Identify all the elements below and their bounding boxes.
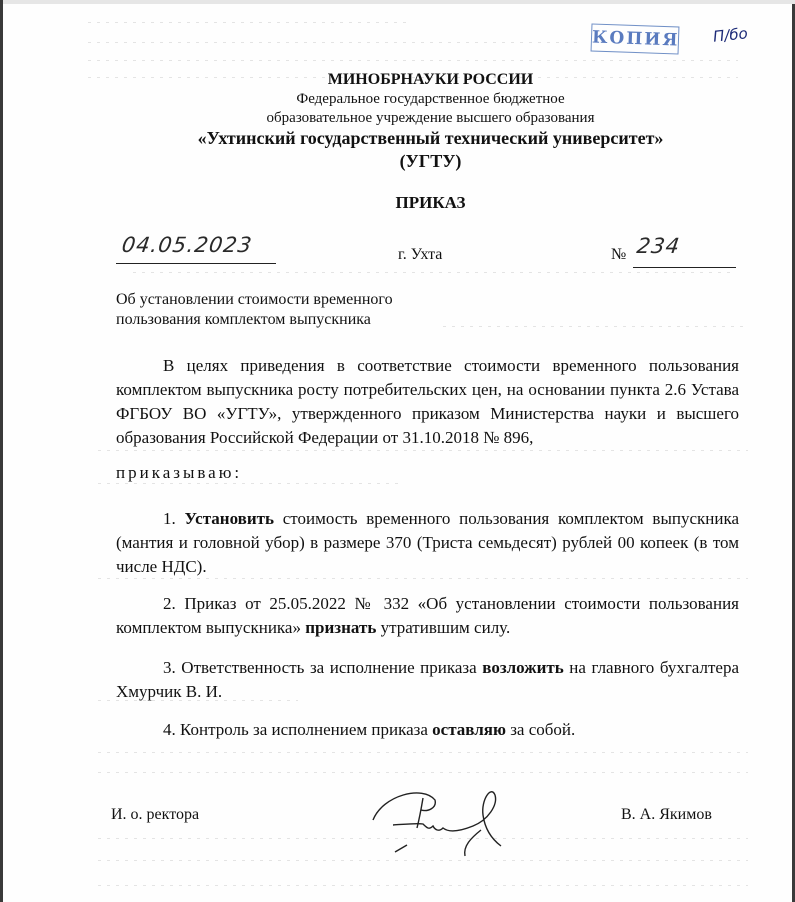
subject-line1: Об установлении стоимости временного <box>116 290 393 310</box>
order-item-3: 3. Ответственность за исполнение приказа… <box>116 656 739 704</box>
item-verb: Установить <box>185 509 274 528</box>
item-verb: возложить <box>482 658 563 677</box>
bleed-through <box>98 885 748 886</box>
item-text: Ответственность за исполнение приказа <box>181 658 476 677</box>
bleed-through <box>88 60 738 61</box>
bleed-through <box>88 42 578 43</box>
item-number: 1. <box>163 509 176 528</box>
item-verb: признать <box>305 618 376 637</box>
number-field: 234 <box>633 236 736 268</box>
item-text: утратившим силу. <box>381 618 511 637</box>
bleed-through <box>88 22 408 23</box>
ministry-title: МИНОБРНАУКИ РОССИИ <box>33 71 795 89</box>
bleed-through <box>98 860 748 861</box>
number-label: № <box>611 246 626 264</box>
item-number: 3. <box>163 658 176 677</box>
institution-type-line2: образовательное учреждение высшего образ… <box>33 110 795 127</box>
item-number: 2. <box>163 594 176 613</box>
order-item-1: 1. Установить стоимость временного польз… <box>116 507 739 579</box>
handwritten-signature <box>363 780 533 860</box>
city: г. Ухта <box>398 246 442 264</box>
university-abbreviation: (УГТУ) <box>33 151 795 172</box>
preamble-paragraph: В целях приведения в соответствие стоимо… <box>116 354 739 450</box>
bleed-through <box>98 752 748 753</box>
item-number: 4. <box>163 720 176 739</box>
document-type-title: ПРИКАЗ <box>33 193 795 213</box>
order-subject: Об установлении стоимости временного пол… <box>116 290 393 330</box>
university-name: «Ухтинский государственный технический у… <box>33 128 795 149</box>
signatory-role: И. о. ректора <box>111 806 199 824</box>
item-verb: оставляю <box>432 720 506 739</box>
order-word: приказываю: <box>116 461 739 485</box>
handwritten-date: 04.05.2023 <box>120 233 254 257</box>
item-text: Контроль за исполнением приказа <box>180 720 428 739</box>
copy-stamp: КОПИЯ <box>591 23 680 54</box>
bleed-through <box>443 326 743 327</box>
order-item-2: 2. Приказ от 25.05.2022 № 332 «Об устано… <box>116 592 739 640</box>
scan-top-edge <box>3 0 795 4</box>
bleed-through <box>98 772 748 773</box>
bleed-through <box>133 272 733 273</box>
subject-line2: пользования комплектом выпускника <box>116 310 393 330</box>
bleed-through <box>98 450 748 451</box>
item-text: за собой. <box>510 720 575 739</box>
handwritten-number: 234 <box>635 234 681 258</box>
institution-type-line1: Федеральное государственное бюджетное <box>33 91 795 108</box>
handwritten-note: П/бо <box>712 24 748 46</box>
date-field: 04.05.2023 <box>116 233 276 264</box>
document-page: КОПИЯ П/бо МИНОБРНАУКИ РОССИИ Федерально… <box>0 0 795 902</box>
signatory-name: В. А. Якимов <box>621 806 712 824</box>
order-item-4: 4. Контроль за исполнением приказа остав… <box>116 718 739 742</box>
